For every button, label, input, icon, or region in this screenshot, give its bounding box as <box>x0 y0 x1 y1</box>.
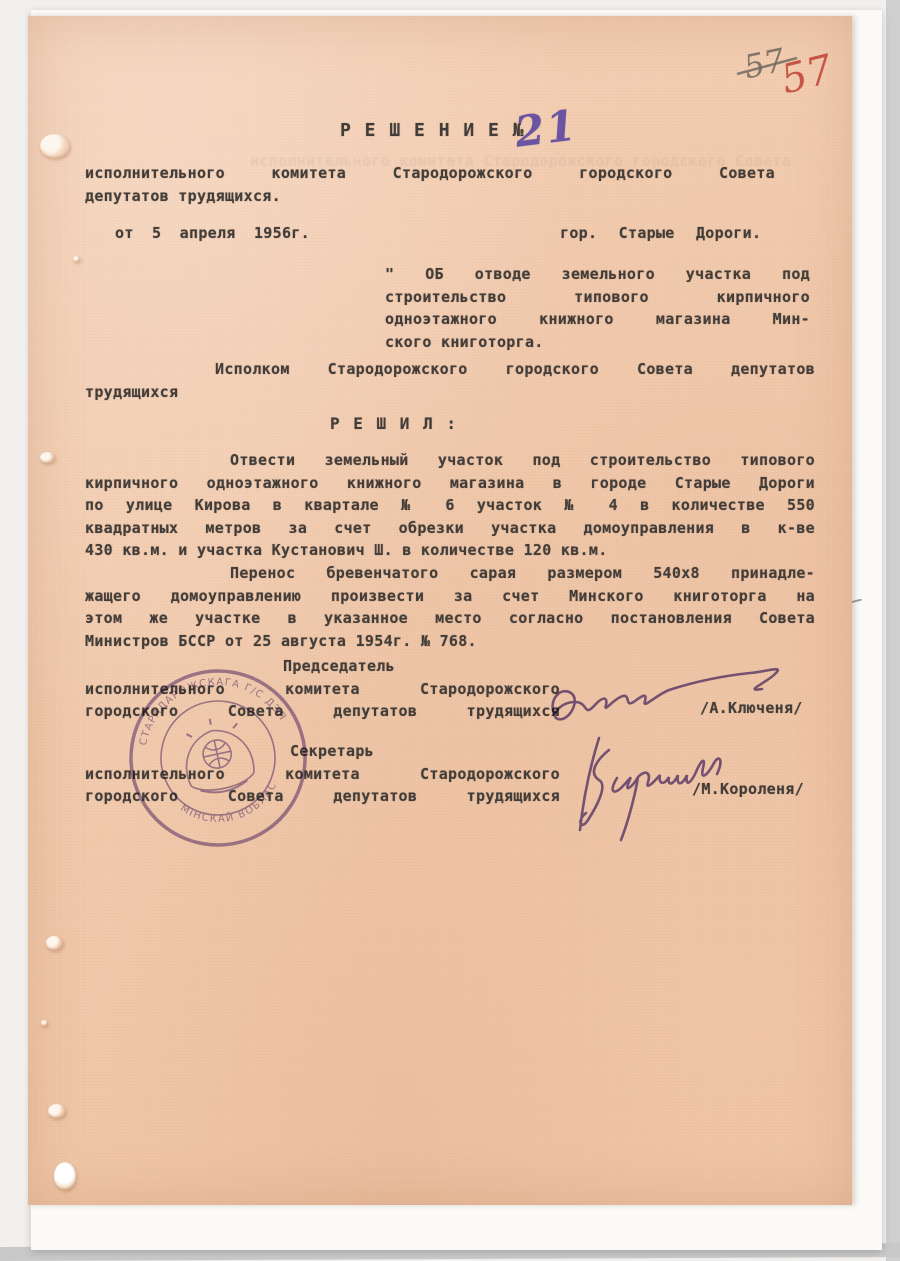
body-line: жащего домоуправлению произвести за счет… <box>85 585 815 608</box>
stamp-emblem <box>177 712 258 798</box>
paper-damage <box>41 1020 48 1026</box>
subject-line: ского книготорга. <box>385 331 810 354</box>
secretary-signature <box>575 730 745 845</box>
body-line: кирпичного одноэтажного книжного магазин… <box>85 472 815 495</box>
document-date: от 5 апреля 1956г. <box>115 222 310 245</box>
body-line: этом же участке в указанное место соглас… <box>85 607 815 630</box>
paper-damage <box>40 134 70 158</box>
body-line: Министров БССР от 25 августа 1954г. № 76… <box>85 630 815 653</box>
body-line: 430 кв.м. и участка Кустанович Ш. в коли… <box>85 539 815 562</box>
org-line: исполнительного комитета Стародорожского… <box>85 162 775 185</box>
scanned-document: 57 57 Р Е Ш Е Н И Е № 21 исполнительного… <box>0 0 900 1261</box>
resolved-heading: Р Е Ш И Л : <box>330 413 458 436</box>
decision-paragraph-1: Отвести земельный участок под строительс… <box>85 449 815 562</box>
typed-content: Р Е Ш Е Н И Е № 21 исполнительного комит… <box>85 16 815 1205</box>
stamp-ring-text-bottom: МІНСКАЙ ВОБЛАСЦІ • БССР <box>167 739 285 834</box>
preamble-line: трудящихся <box>85 381 815 404</box>
paper-damage <box>46 936 63 950</box>
paper-tear <box>54 1162 76 1190</box>
scan-background-right <box>886 0 900 1261</box>
chairman-signature <box>545 660 795 740</box>
decision-title: Р Е Ш Е Н И Е № <box>340 120 525 143</box>
org-line: депутатов трудящихся. <box>85 185 775 208</box>
paper-damage <box>73 256 80 262</box>
issuing-org-block: исполнительного комитета Стародорожского… <box>85 162 775 207</box>
decision-paragraph-2: Перенос бревенчатого сарая размером 540х… <box>85 562 815 652</box>
subject-line: одноэтажного книжного магазина Мин- <box>385 308 810 331</box>
body-line: квадратных метров за счет обрезки участк… <box>85 517 815 540</box>
official-round-stamp: СТАРАДАРОЖСКАГА Г/С ДЭПУТАТАЎ ПРАЦОЎНЫХ … <box>118 658 318 858</box>
subject-block: " ОБ отводе земельного участка под строи… <box>385 263 810 353</box>
body-line: Перенос бревенчатого сарая размером 540х… <box>85 562 815 585</box>
paper-damage <box>40 452 55 463</box>
body-line: по улице Кирова в квартале № 6 участок №… <box>85 494 815 517</box>
subject-line: строительство типового кирпичного <box>385 286 810 309</box>
subject-line: " ОБ отводе земельного участка под <box>385 263 810 286</box>
preamble-line: Исполком Стародорожского городского Сове… <box>85 358 815 381</box>
decision-number-handwritten: 21 <box>512 100 580 156</box>
preamble-block: Исполком Стародорожского городского Сове… <box>85 358 815 403</box>
document-place: гор. Старые Дороги. <box>560 222 761 245</box>
document-page: 57 57 Р Е Ш Е Н И Е № 21 исполнительного… <box>28 16 852 1205</box>
body-line: Отвести земельный участок под строительс… <box>85 449 815 472</box>
svg-text:МІНСКАЙ ВОБЛАСЦІ • БССР: МІНСКАЙ ВОБЛАСЦІ • БССР <box>167 739 285 834</box>
paper-damage <box>48 1104 66 1118</box>
